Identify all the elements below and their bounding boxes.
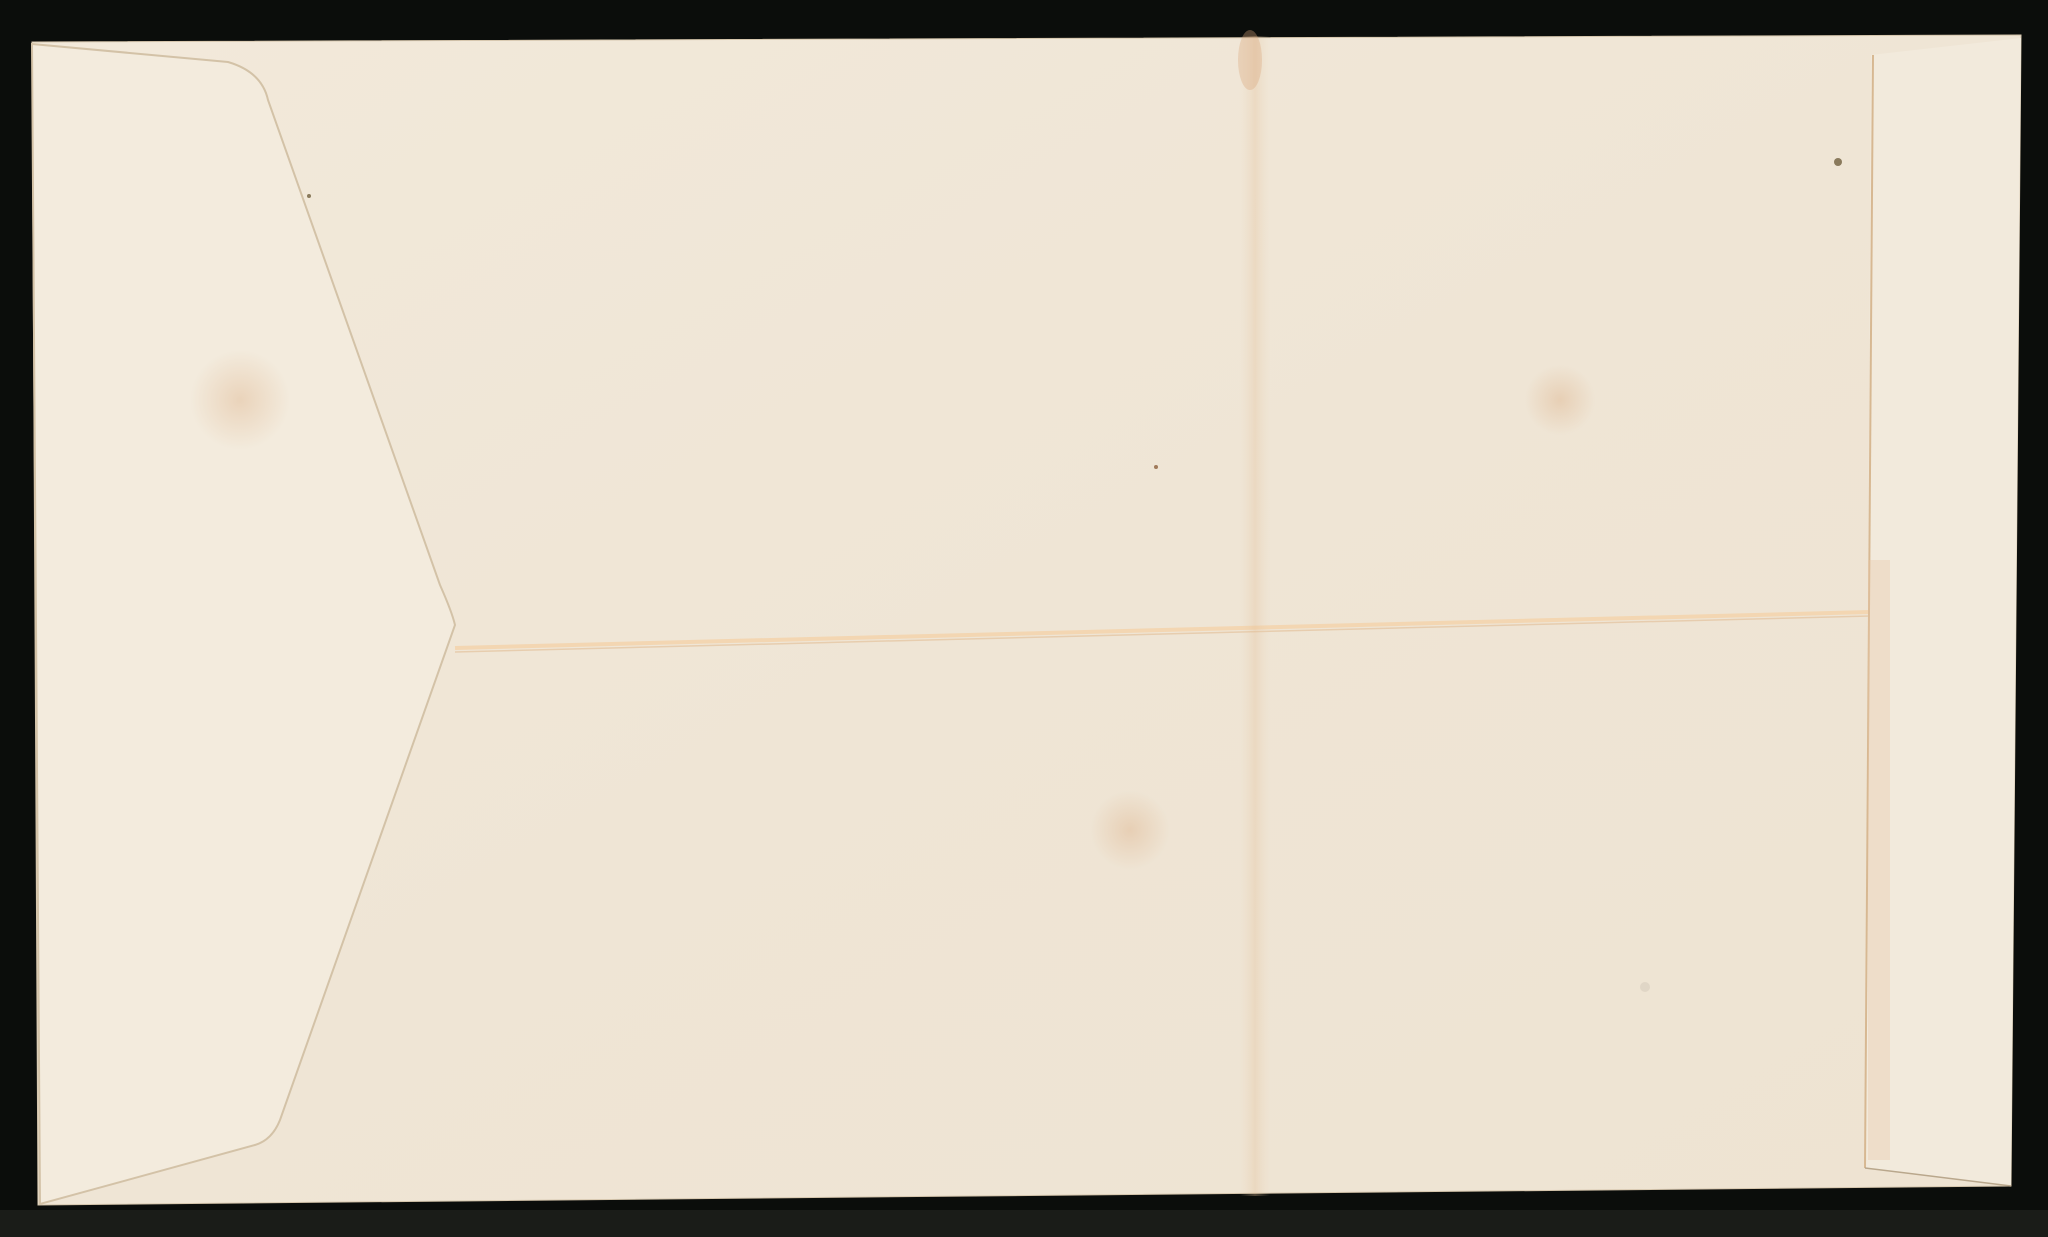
bottom-mount-strip — [0, 1210, 2048, 1237]
speck — [307, 194, 311, 198]
stain-top — [1238, 30, 1262, 90]
speck — [1154, 465, 1158, 469]
vertical-fold — [1240, 36, 1270, 1196]
right-flap-stain — [1868, 560, 1890, 1160]
stain-blot — [1090, 790, 1170, 870]
speck — [1834, 158, 1842, 166]
envelope-photo — [0, 0, 2048, 1237]
stain-blot — [1525, 365, 1595, 435]
stain-blot — [190, 350, 290, 450]
speck — [1640, 982, 1650, 992]
